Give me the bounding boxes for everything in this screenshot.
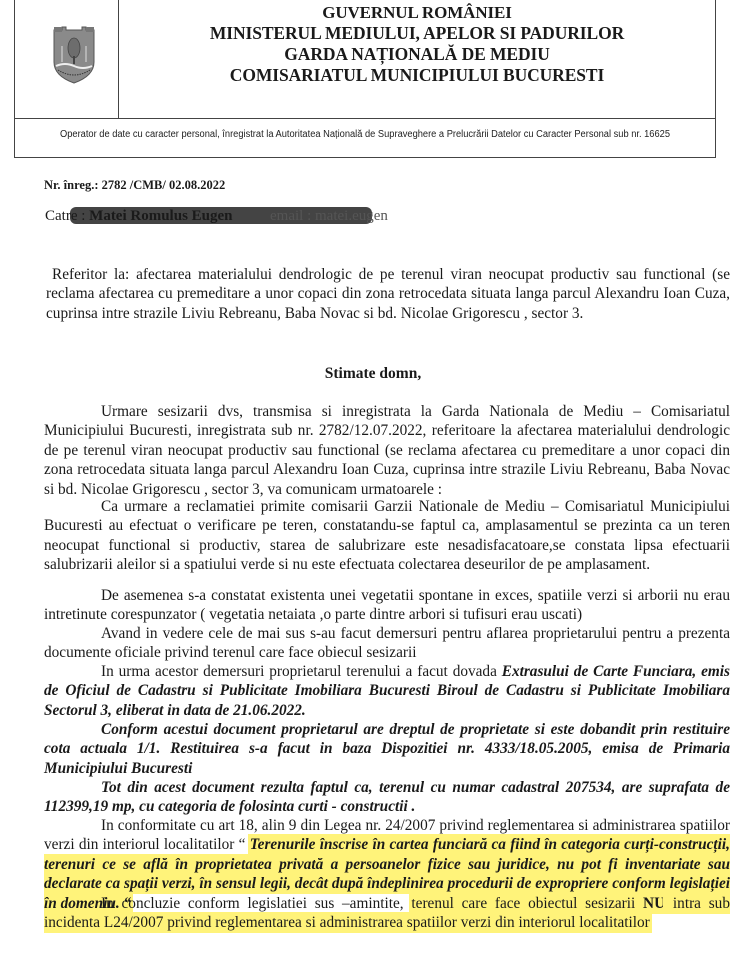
data-operator-note: Operator de date cu caracter personal, î… bbox=[40, 129, 691, 140]
body-paragraph-4: Avand in vedere cele de mai sus s-au fac… bbox=[44, 624, 730, 663]
recipient-line: Catre : Matei Romulus Eugen email : mate… bbox=[45, 208, 388, 225]
org-line-garda: GARDA NAȚIONALĂ DE MEDIU bbox=[119, 44, 715, 65]
recipient-label: Catre : bbox=[45, 208, 85, 224]
p5-text: In urma acestor demersuri proprietarul t… bbox=[101, 663, 502, 680]
p9-highlight-a: terenul care face obiectul sesizarii bbox=[411, 895, 643, 912]
greeting: Stimate domn, bbox=[0, 365, 746, 383]
org-line-ministry: MINISTERUL MEDIULUI, APELOR SI PADURILOR bbox=[119, 23, 715, 44]
body-paragraph-2: Ca urmare a reclamatiei primite comisari… bbox=[44, 497, 730, 575]
conclusion-paragraph: In concluzie conform legislatiei sus –am… bbox=[44, 894, 730, 933]
registration-number: Nr. înreg.: 2782 /CMB/ 02.08.2022 bbox=[44, 178, 225, 193]
organization-name: GUVERNUL ROMÂNIEI MINISTERUL MEDIULUI, A… bbox=[119, 2, 715, 86]
header-divider bbox=[15, 118, 715, 119]
body-paragraph-3: De asemenea s-a constatat existenta unei… bbox=[44, 586, 730, 625]
subject-paragraph: Referitor la: afectarea materialului den… bbox=[46, 265, 730, 323]
p9-text: In concluzie conform legislatiei sus –am… bbox=[101, 895, 411, 912]
p9-nu: NU bbox=[643, 895, 665, 912]
garda-mediu-crest-icon bbox=[52, 26, 96, 84]
body-paragraph-7: Tot din acest document rezulta faptul ca… bbox=[44, 778, 730, 817]
logo-cell bbox=[15, 0, 119, 118]
email-label: email : bbox=[270, 208, 311, 224]
letterhead: GUVERNUL ROMÂNIEI MINISTERUL MEDIULUI, A… bbox=[14, 0, 716, 158]
org-line-comisariat: COMISARIATUL MUNICIPIULUI BUCURESTI bbox=[119, 65, 715, 86]
recipient-name: Matei Romulus Eugen bbox=[89, 208, 232, 224]
body-paragraph-6: Conform acestui document proprietarul ar… bbox=[44, 720, 730, 778]
org-line-government: GUVERNUL ROMÂNIEI bbox=[119, 2, 715, 23]
recipient-email: matei.eugen bbox=[315, 208, 388, 224]
body-paragraph-5: In urma acestor demersuri proprietarul t… bbox=[44, 662, 730, 720]
body-paragraph-1: Urmare sesizarii dvs, transmisa si inreg… bbox=[44, 402, 730, 499]
